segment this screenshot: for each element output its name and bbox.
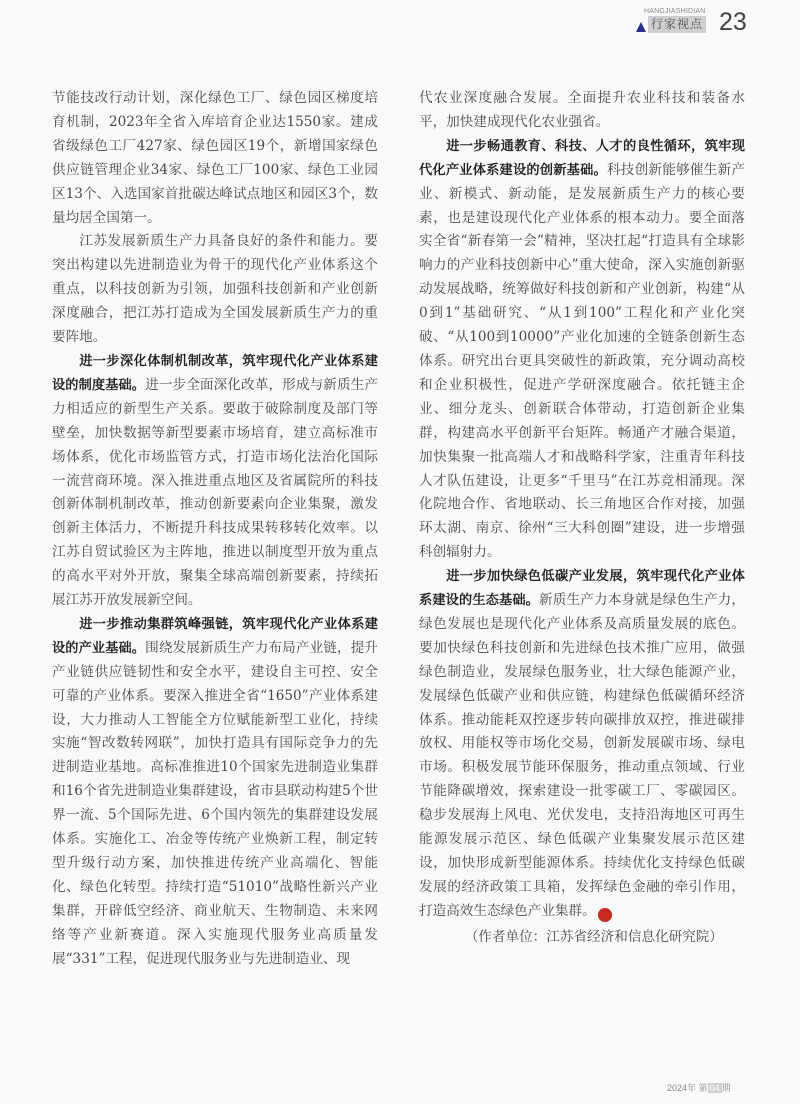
triangle-marker-icon <box>636 22 646 32</box>
footer-year: 2024年 <box>667 1083 696 1093</box>
author-affiliation: （作者单位：江苏省经济和信息化研究院） <box>419 926 745 950</box>
section-tag: 行家视点 <box>648 16 706 33</box>
footer-issue-suffix: 期 <box>722 1083 731 1093</box>
paragraph-body: 科技创新能够催生新产业、新模式、新动能，是发展新质生产力的核心要素，也是建设现代… <box>419 162 745 561</box>
paragraph: 代农业深度融合发展。全面提升农业科技和装备水平，加快建成现代化农业强省。 <box>419 87 745 135</box>
paragraph: 进一步推动集群筑峰强链，筑牢现代化产业体系建设的产业基础。围绕发展新质生产力布局… <box>52 613 378 972</box>
page-number: 23 <box>719 8 747 37</box>
paragraph: 江苏发展新质生产力具备良好的条件和能力。要突出构建以先进制造业为骨干的现代化产业… <box>52 230 378 350</box>
footer-issue-prefix: 第 <box>699 1083 708 1093</box>
page-header: HANGJIASHIDIAN 行家视点 23 <box>0 0 800 50</box>
section-pinyin: HANGJIASHIDIAN <box>644 8 706 15</box>
end-mark-icon: 忠 <box>598 908 612 922</box>
footer-issue-number: 04 <box>708 1083 722 1093</box>
left-column: 节能技改行动计划，深化绿色工厂、绿色园区梯度培育机制，2023年全省入库培育企业… <box>52 87 378 972</box>
paragraph: 节能技改行动计划，深化绿色工厂、绿色园区梯度培育机制，2023年全省入库培育企业… <box>52 87 378 230</box>
paragraph-body: 新质生产力本身就是绿色生产力，绿色发展也是现代化产业体系及高质量发展的底色。要加… <box>419 592 745 919</box>
paragraph-body: 进一步全面深化改革，形成与新质生产力相适应的新型生产关系。要敢于破除制度及部门等… <box>52 377 378 608</box>
paragraph: 进一步畅通教育、科技、人才的良性循环，筑牢现代化产业体系建设的创新基础。科技创新… <box>419 135 745 565</box>
paragraph: 进一步加快绿色低碳产业发展，筑牢现代化产业体系建设的生态基础。新质生产力本身就是… <box>419 565 745 924</box>
page-footer: 2024年 第04期 <box>667 1081 731 1094</box>
right-column: 代农业深度融合发展。全面提升农业科技和装备水平，加快建成现代化农业强省。 进一步… <box>419 87 745 950</box>
paragraph-body: 围绕发展新质生产力布局产业链，提升产业链供应链韧性和安全水平，建设自主可控、安全… <box>52 640 378 967</box>
paragraph: 进一步深化体制机制改革，筑牢现代化产业体系建设的制度基础。进一步全面深化改革，形… <box>52 350 378 613</box>
